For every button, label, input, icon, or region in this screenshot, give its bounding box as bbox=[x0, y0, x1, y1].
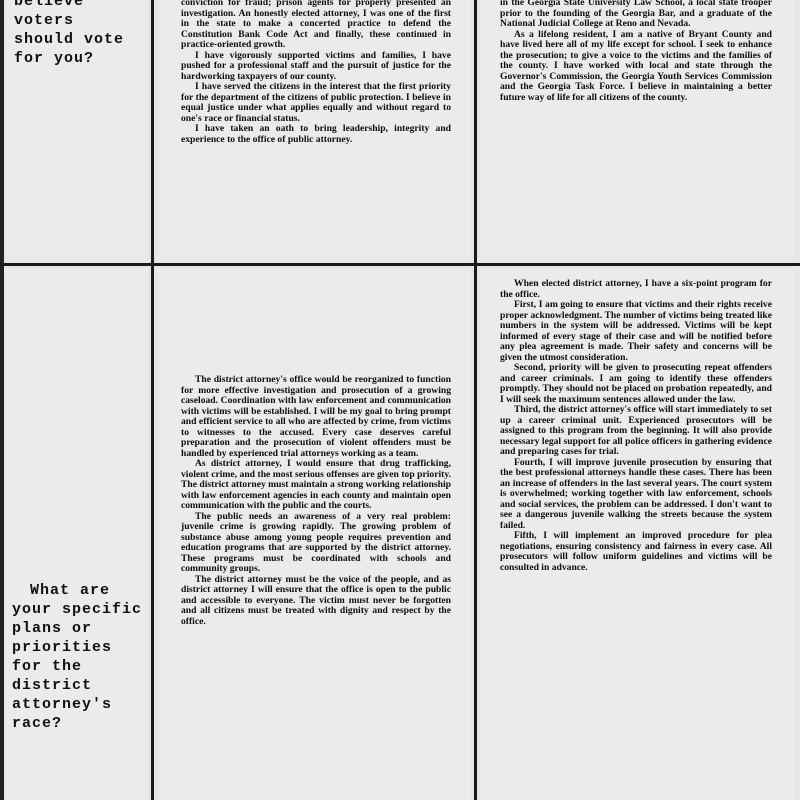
answer-cell-top-right: in the Georgia State University Law Scho… bbox=[480, 0, 794, 260]
paragraph: Third, the district attorney's office wi… bbox=[500, 405, 772, 458]
paragraph: First, I am going to ensure that victims… bbox=[500, 300, 772, 363]
paragraph: The district attorney's office would be … bbox=[181, 375, 451, 459]
answer-text-top-right: in the Georgia State University Law Scho… bbox=[500, 0, 772, 103]
paragraph: I have taken an oath to bring leadership… bbox=[181, 124, 451, 145]
paragraph: The public needs an awareness of a very … bbox=[181, 512, 451, 575]
paragraph: As district attorney, I would ensure tha… bbox=[181, 459, 451, 512]
paragraph: When elected district attorney, I have a… bbox=[500, 279, 772, 300]
answer-text-top-middle: conviction for fraud; prison agents for … bbox=[181, 0, 451, 145]
paragraph: Fifth, I will implement an improved proc… bbox=[500, 531, 772, 573]
page-left-border bbox=[0, 0, 4, 800]
question-cell-top: believe voters should vote for you? bbox=[6, 0, 148, 260]
question-text-bottom: What are your specific plans or prioriti… bbox=[12, 581, 144, 733]
paragraph: I have vigorously supported victims and … bbox=[181, 51, 451, 83]
paragraph: As a lifelong resident, I am a native of… bbox=[500, 30, 772, 104]
column-divider-left bbox=[151, 0, 154, 800]
paragraph: The district attorney must be the voice … bbox=[181, 575, 451, 628]
paragraph: Fourth, I will improve juvenile prosecut… bbox=[500, 458, 772, 532]
column-divider-right bbox=[474, 0, 477, 800]
answer-cell-bottom-right: When elected district attorney, I have a… bbox=[480, 269, 794, 800]
paragraph: in the Georgia State University Law Scho… bbox=[500, 0, 772, 30]
answer-text-bottom-right: When elected district attorney, I have a… bbox=[500, 279, 772, 573]
paragraph: Second, priority will be given to prosec… bbox=[500, 363, 772, 405]
paragraph: conviction for fraud; prison agents for … bbox=[181, 0, 451, 51]
answer-cell-top-middle: conviction for fraud; prison agents for … bbox=[157, 0, 471, 260]
row-divider bbox=[0, 263, 800, 266]
answer-text-bottom-middle: The district attorney's office would be … bbox=[181, 375, 451, 627]
question-cell-bottom: What are your specific plans or prioriti… bbox=[6, 269, 148, 800]
answer-cell-bottom-middle: The district attorney's office would be … bbox=[157, 269, 471, 800]
paragraph: I have served the citizens in the intere… bbox=[181, 82, 451, 124]
question-text-top: believe voters should vote for you? bbox=[14, 0, 142, 68]
